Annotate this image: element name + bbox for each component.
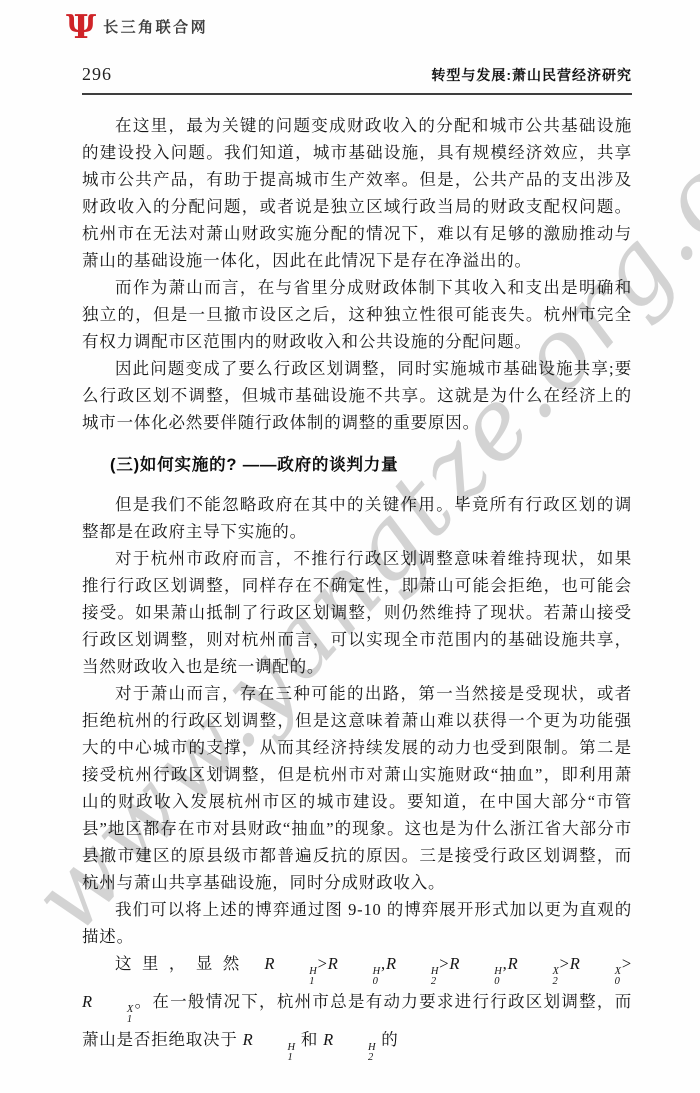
header-rule <box>82 93 632 95</box>
paragraph: 而作为萧山而言，在与省里分成财政体制下其收入和支出是明确和独立的，但是一旦撤市设… <box>82 274 632 355</box>
math-variable: RH1 <box>243 1030 296 1049</box>
paragraph: 对于萧山而言，存在三种可能的出路，第一当然接是受现状，或者拒绝杭州的行政区划调整… <box>82 680 632 896</box>
running-title: 转型与发展:萧山民营经济研究 <box>431 65 632 85</box>
math-variable: RX1 <box>82 992 134 1011</box>
paragraph: 但是我们不能忽略政府在其中的关键作用。毕竟所有行政区划的调整都是在政府主导下实施… <box>82 491 632 545</box>
math-variable: RH2 <box>323 1030 376 1049</box>
math-variable: RH0 <box>449 954 502 973</box>
paragraph: 我们可以将上述的博弈通过图 9-10 的博弈展开形式加以更为直观的描述。 <box>82 896 632 950</box>
section-heading: (三)如何实施的? ——政府的谈判力量 <box>82 452 632 479</box>
trident-logo-icon: Ψ <box>66 10 96 43</box>
math-variable: RX0 <box>570 954 622 973</box>
site-name: 长三角联合网 <box>103 16 208 37</box>
running-head: 296 转型与发展:萧山民营经济研究 <box>82 64 632 85</box>
page-number: 296 <box>82 64 112 85</box>
body-text: 在这里，最为关键的问题变成财政收入的分配和城市公共基础设施的建设投入问题。我们知… <box>82 112 632 1064</box>
paragraph: 因此问题变成了要么行政区划调整，同时实施城市基础设施共享;要么行政区划不调整，但… <box>82 355 632 436</box>
paragraph: 对于杭州市政府而言，不推行行政区划调整意味着维持现状，如果推行行政区划调整，同样… <box>82 545 632 680</box>
math-variable: RX2 <box>508 954 560 973</box>
paragraph: 这里，显然 RH1>RH0,RH2>RH0,RX2>RX0>RX1。在一般情况下… <box>82 950 632 1064</box>
math-variable: RH1 <box>264 954 317 973</box>
math-variable: RH2 <box>386 954 439 973</box>
scanned-page: www.yangtze.org.cn Ψ 长三角联合网 296 转型与发展:萧山… <box>0 0 700 1093</box>
paragraph: 在这里，最为关键的问题变成财政收入的分配和城市公共基础设施的建设投入问题。我们知… <box>82 112 632 274</box>
site-brand: Ψ 长三角联合网 <box>66 10 208 43</box>
math-variable: RH0 <box>328 954 381 973</box>
